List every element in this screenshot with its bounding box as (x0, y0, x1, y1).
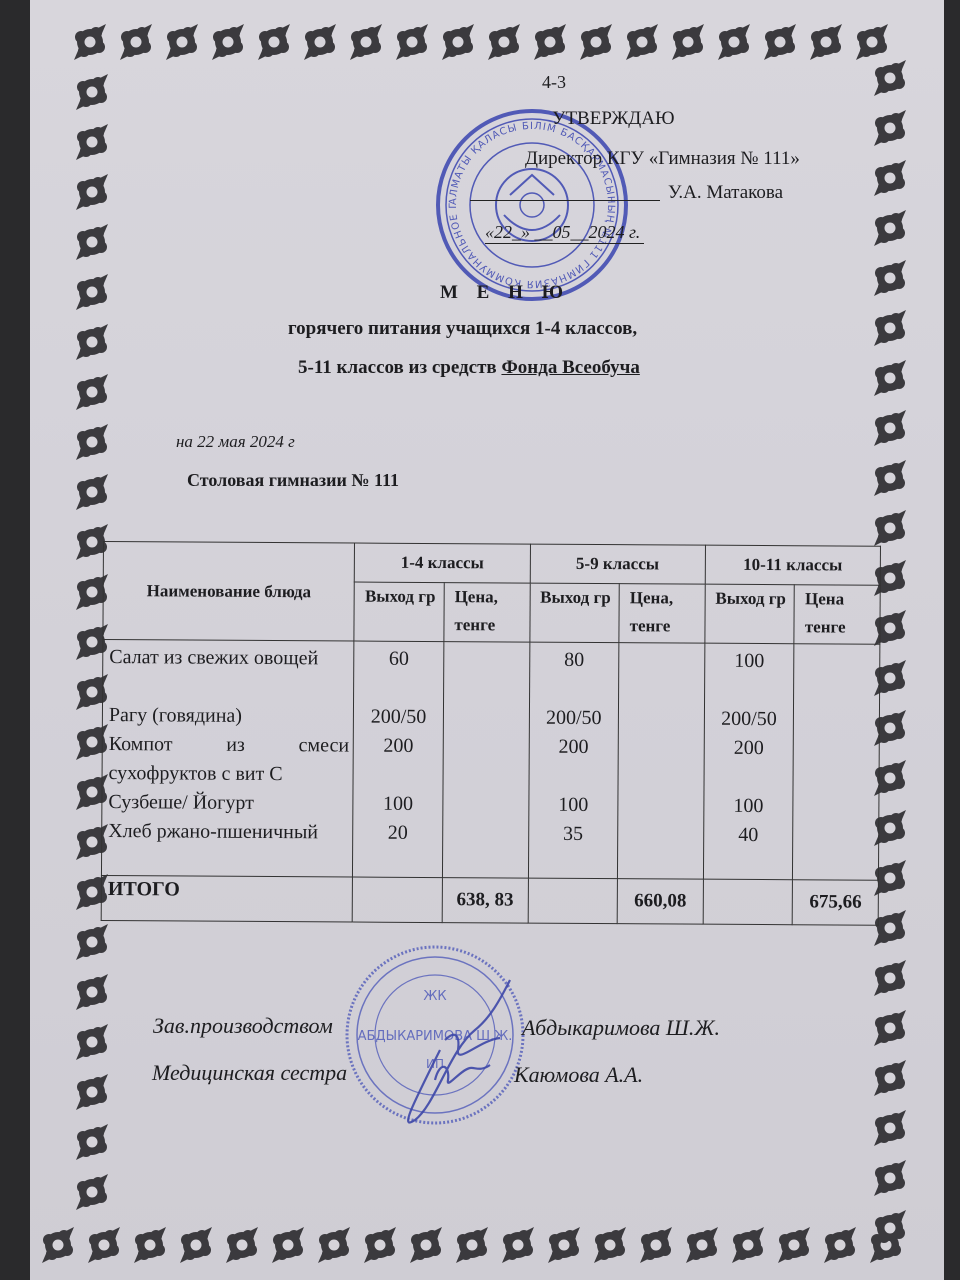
ornament-icon (806, 22, 846, 62)
signature-name-nurse: Каюмова А.А. (514, 1062, 643, 1088)
ornament-icon (300, 22, 340, 62)
signature-role-nurse: Медицинская сестра (152, 1060, 347, 1086)
subheader-price: Цена, тенге (619, 584, 705, 644)
weight-value: 80 (530, 646, 619, 705)
ornament-icon (870, 208, 910, 248)
ornament-icon (870, 1008, 910, 1048)
menu-subtitle-line2: 5-11 классов из средств Фонда Всеобуча (298, 357, 640, 379)
ornament-icon (72, 372, 112, 412)
ornament-icon (870, 58, 910, 98)
signature-role-production: Зав.производством (153, 1013, 333, 1039)
weight-value: 100 (705, 647, 794, 706)
weight-value: 35 (528, 820, 617, 879)
ornament-icon (208, 22, 248, 62)
ornament-icon (870, 1158, 910, 1198)
ornament-icon (774, 1225, 814, 1265)
total-label: ИТОГО (101, 875, 353, 922)
ornament-icon (870, 1108, 910, 1148)
ornament-icon (72, 472, 112, 512)
ornament-icon (870, 308, 910, 348)
ornament-icon (72, 72, 112, 112)
menu-title: М Е Н Ю (440, 282, 570, 304)
menu-date: на 22 мая 2024 г (176, 432, 295, 452)
menu-table: Наименование блюда 1-4 классы 5-9 классы… (101, 541, 881, 926)
dish-name: Сузбеше/ Йогурт (108, 788, 348, 818)
ornament-icon (820, 1225, 860, 1265)
ornament-icon (346, 22, 386, 62)
ornament-icon (870, 458, 910, 498)
dish-name: Хлеб ржано-пшеничный (108, 817, 349, 876)
page-number: 4-3 (542, 72, 566, 93)
ornament-icon (222, 1225, 262, 1265)
ornament-icon (72, 1022, 112, 1062)
ornament-icon (392, 22, 432, 62)
ornament-icon (682, 1225, 722, 1265)
table-row-dishes: Салат из свежих овощей Рагу (говядина) К… (101, 640, 879, 881)
weight-value: 200/50 (529, 704, 618, 734)
dish-name: Салат из свежих овощей (109, 643, 350, 702)
subheader-weight: Выход гр (354, 582, 444, 642)
table-header-row-groups: Наименование блюда 1-4 классы 5-9 классы… (103, 542, 880, 586)
ornament-icon (130, 1225, 170, 1265)
weight-value: 200 (704, 734, 793, 793)
weight-value: 100 (354, 790, 443, 820)
total-empty (703, 879, 793, 925)
ornament-icon (728, 1225, 768, 1265)
ornament-icon (72, 322, 112, 362)
weight-value: 200/50 (354, 703, 443, 733)
weight-value: 20 (353, 819, 442, 878)
ornament-icon (714, 22, 754, 62)
ornament-icon (72, 1172, 112, 1212)
total-price-5-9: 660,08 (617, 879, 703, 925)
total-price-1-4: 638, 83 (442, 878, 528, 924)
price-column-5-9 (618, 643, 705, 880)
ornament-icon (84, 1225, 124, 1265)
group-header: 10-11 классы (705, 545, 880, 585)
ornament-icon (72, 222, 112, 262)
ornament-icon (870, 1058, 910, 1098)
dish-name: Рагу (говядина) (109, 701, 349, 731)
ornament-icon (254, 22, 294, 62)
weight-column-10-11: 100 200/50 200 100 40 (703, 643, 794, 880)
weight-column-1-4: 60 200/50 200 100 20 (353, 641, 444, 878)
ornament-icon (870, 508, 910, 548)
weight-value: 40 (704, 821, 793, 880)
ornament-icon (870, 358, 910, 398)
ornament-icon (72, 1122, 112, 1162)
total-price-10-11: 675,66 (793, 880, 879, 926)
ornament-border-top (70, 22, 892, 62)
ornament-icon (484, 22, 524, 62)
ornament-icon (852, 22, 892, 62)
subheader-weight: Выход гр (529, 583, 619, 643)
ornament-icon (116, 22, 156, 62)
ornament-icon (870, 1208, 910, 1248)
ornament-icon (498, 1225, 538, 1265)
dish-name: Компот из смеси сухофруктов с вит С (108, 730, 349, 789)
ornament-icon (406, 1225, 446, 1265)
school-seal-stamp: АЛМАТЫ ҚАЛАСЫ БІЛІМ БАСҚАРМАСЫНЫҢ №111 Г… (432, 105, 632, 305)
weight-value: 200 (354, 732, 443, 791)
ornament-icon (72, 922, 112, 962)
menu-subtitle-line1: горячего питания учащихся 1-4 классов, (288, 318, 637, 340)
ornament-icon (438, 22, 478, 62)
director-position: Директор КГУ «Гимназия № 111» (525, 148, 800, 170)
subheader-price: Цена, тенге (444, 583, 530, 643)
director-name: У.А. Матакова (668, 182, 783, 204)
ornament-icon (38, 1225, 78, 1265)
ornament-icon (176, 1225, 216, 1265)
ornament-icon (72, 122, 112, 162)
ornament-icon (452, 1225, 492, 1265)
entrepreneur-stamp: ЖК АБДЫКАРИМОВА Ш.Ж. ИП (340, 940, 530, 1130)
svg-text:ЖК: ЖК (423, 989, 446, 1004)
total-empty (352, 877, 442, 923)
fund-name: Фонда Всеобуча (501, 357, 639, 378)
ornament-icon (870, 158, 910, 198)
subheader-weight: Выход гр (705, 584, 795, 644)
ornament-icon (72, 1072, 112, 1112)
weight-value: 100 (529, 791, 618, 821)
ornament-icon (70, 22, 110, 62)
ornament-icon (622, 22, 662, 62)
ornament-icon (576, 22, 616, 62)
ornament-icon (72, 172, 112, 212)
ornament-icon (590, 1225, 630, 1265)
approval-label: УТВЕРЖДАЮ (552, 108, 674, 130)
ornament-border-bottom (38, 1225, 906, 1265)
ornament-icon (72, 972, 112, 1012)
price-column-1-4 (442, 642, 529, 879)
ornament-icon (162, 22, 202, 62)
ornament-icon (668, 22, 708, 62)
ornament-icon (870, 108, 910, 148)
group-header: 1-4 классы (355, 543, 530, 583)
ornament-icon (72, 272, 112, 312)
ornament-icon (760, 22, 800, 62)
ornament-icon (870, 408, 910, 448)
weight-value: 60 (354, 645, 443, 704)
weight-column-5-9: 80 200/50 200 100 35 (528, 642, 619, 879)
ornament-icon (544, 1225, 584, 1265)
canteen-name: Столовая гимназии № 111 (187, 470, 399, 491)
total-empty (528, 878, 618, 924)
dish-name-header: Наименование блюда (103, 542, 355, 642)
ornament-icon (268, 1225, 308, 1265)
signature-line (470, 170, 660, 201)
ornament-icon (314, 1225, 354, 1265)
ornament-icon (870, 958, 910, 998)
group-header: 5-9 классы (530, 544, 705, 584)
ornament-icon (360, 1225, 400, 1265)
weight-value: 200/50 (705, 705, 794, 735)
ornament-icon (72, 422, 112, 462)
price-column-10-11 (793, 644, 880, 881)
weight-value: 100 (704, 792, 793, 822)
ornament-icon (636, 1225, 676, 1265)
signature-name-production: Абдыкаримова Ш.Ж. (522, 1015, 720, 1041)
weight-value: 200 (529, 733, 618, 792)
subheader-price: Цена тенге (794, 585, 880, 645)
approval-date: «22_» __05__2024 г. (485, 222, 644, 244)
dish-list-cell: Салат из свежих овощей Рагу (говядина) К… (101, 640, 354, 878)
subtitle-prefix: 5-11 классов из средств (298, 357, 501, 378)
table-row-total: ИТОГО 638, 83 660,08 675,66 (101, 875, 878, 925)
ornament-icon (870, 258, 910, 298)
ornament-icon (530, 22, 570, 62)
